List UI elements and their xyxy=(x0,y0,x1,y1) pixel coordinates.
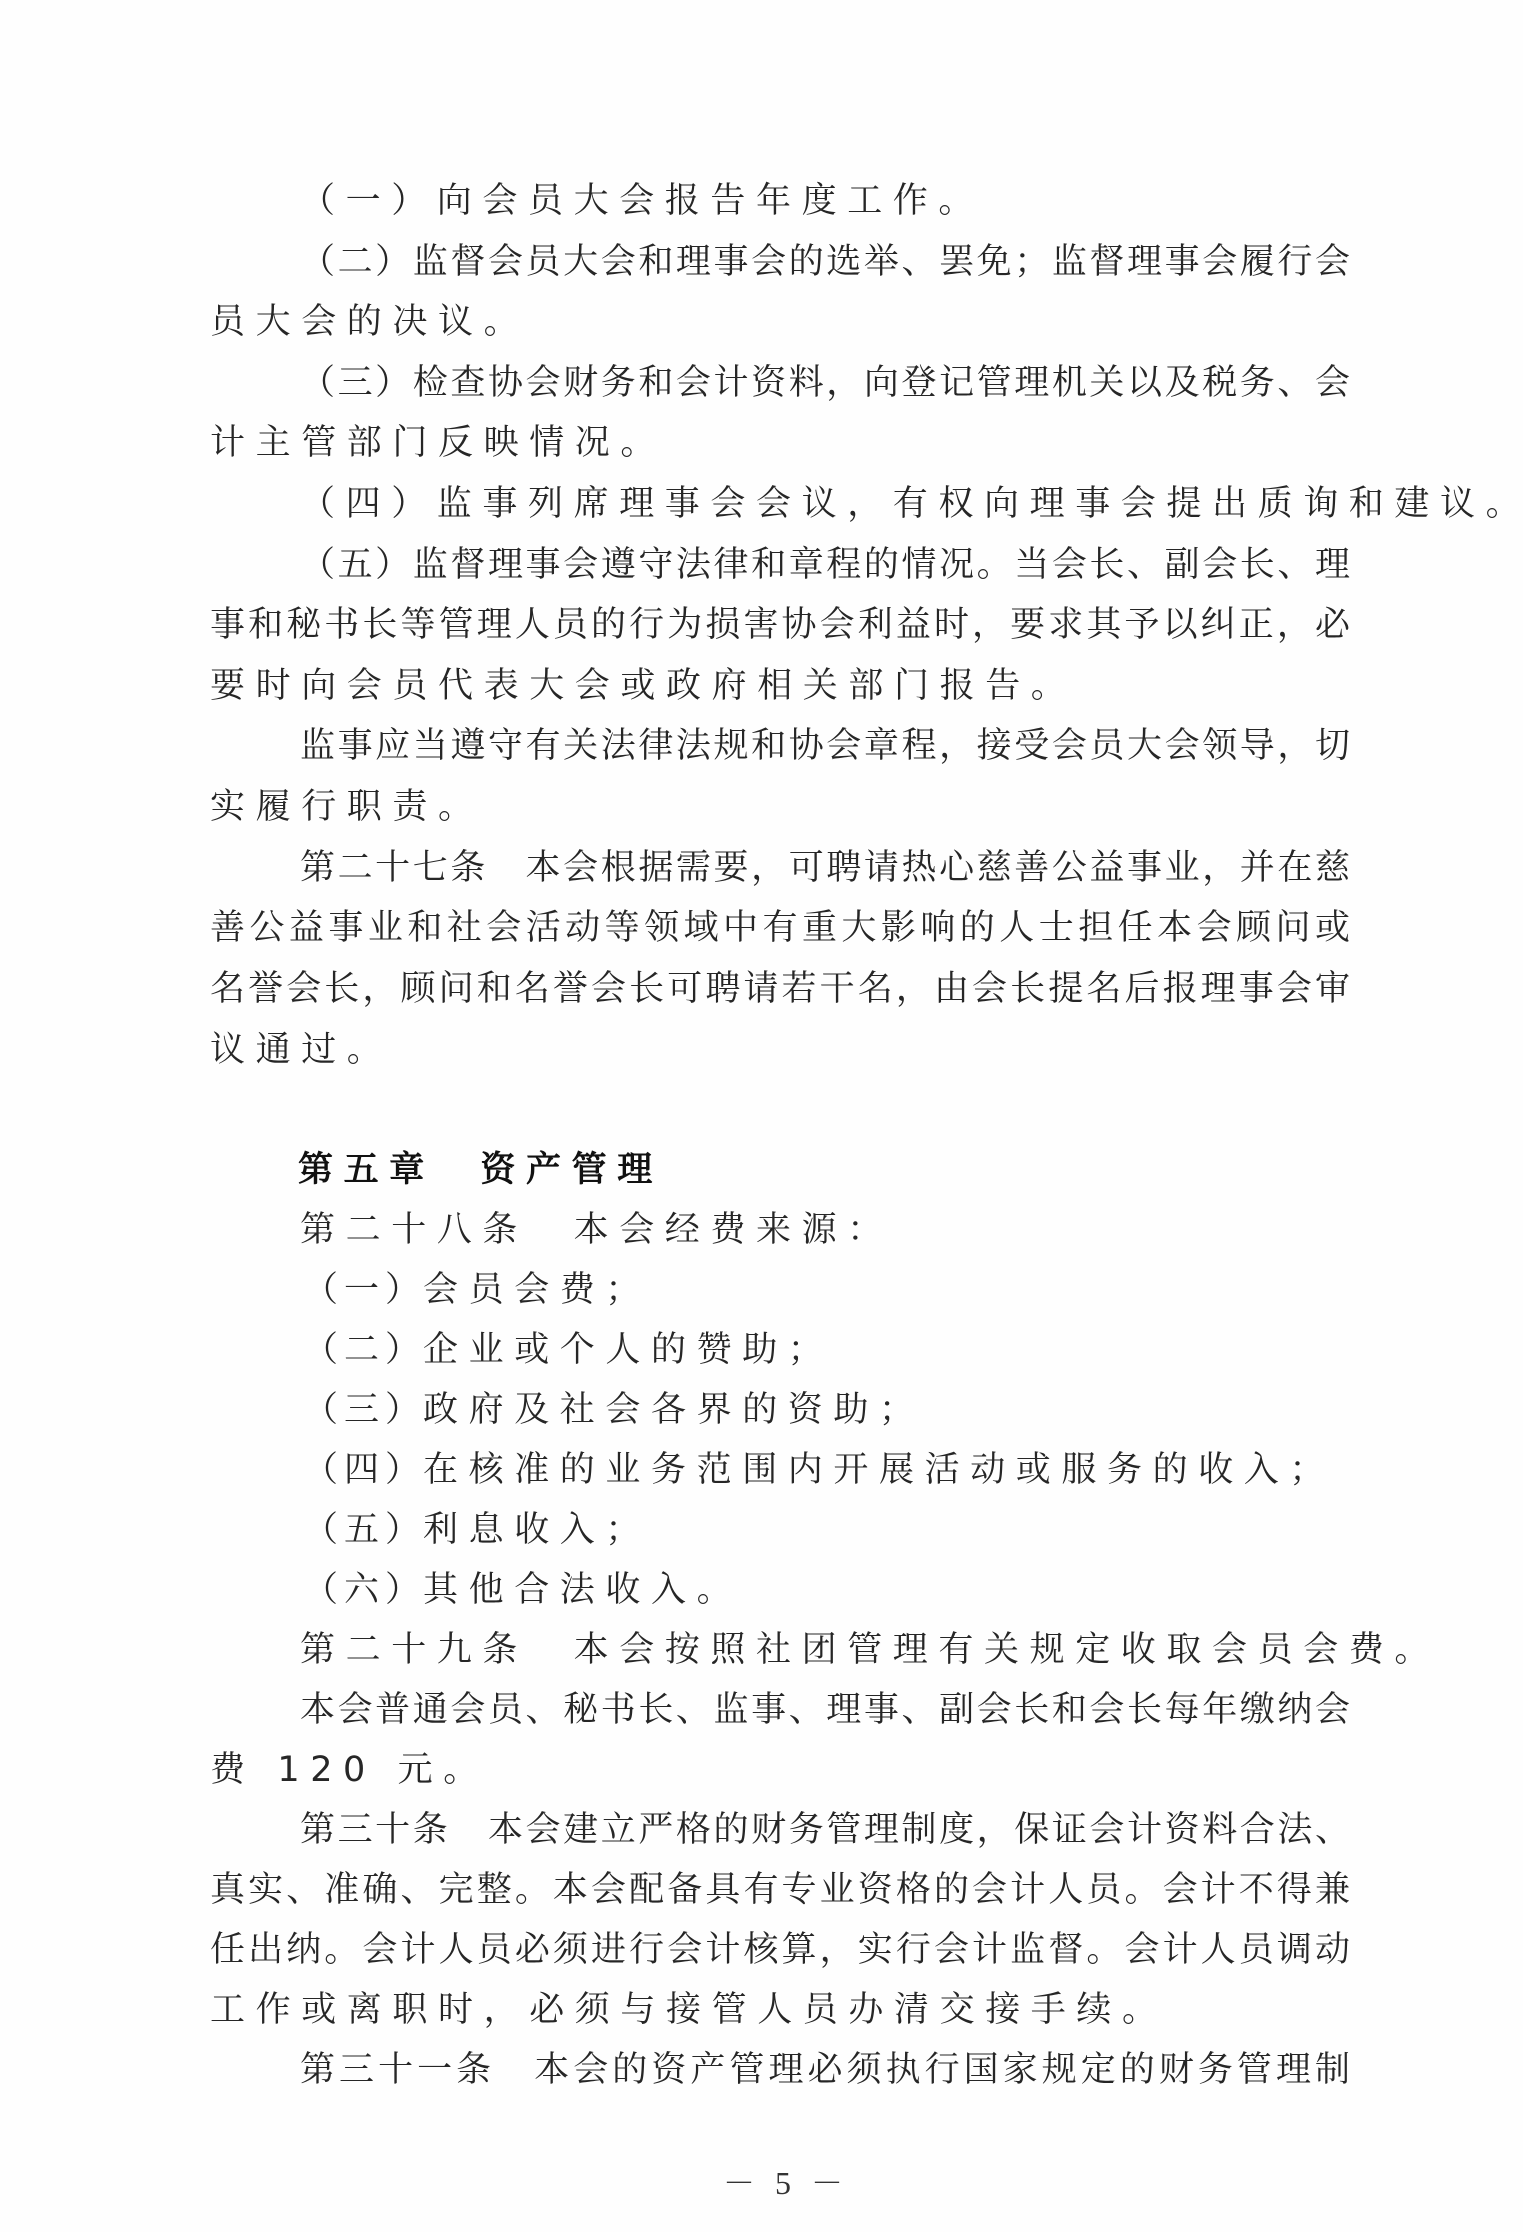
supervisor-paragraph-line-2: 实履行职责。 xyxy=(210,785,484,829)
item-label: （四） xyxy=(303,1448,423,1492)
item-text: 利息收入； xyxy=(423,1510,651,1550)
funding-source-item: （二）企业或个人的赞助； xyxy=(303,1328,833,1372)
article-30-line-3: 任出纳。会计人员必须进行会计核算，实行会计监督。会计人员调动 xyxy=(210,1928,1350,1972)
funding-source-item: （五）利息收入； xyxy=(303,1508,651,1552)
article-31-line-1: 第三十一条 本会的资产管理必须执行国家规定的财务管理制 xyxy=(300,2048,1350,2092)
item-text: 在核准的业务范围内开展活动或服务的收入； xyxy=(423,1450,1335,1490)
supervisor-paragraph-line-1: 监事应当遵守有关法律法规和协会章程，接受会员大会领导，切 xyxy=(300,724,1350,768)
item-label: （六） xyxy=(303,1568,423,1612)
article-27-line-2: 善公益事业和社会活动等领域中有重大影响的人士担任本会顾问或 xyxy=(210,906,1350,950)
item-label: （二） xyxy=(303,1328,423,1372)
article-29-line: 第二十九条 本会按照社团管理有关规定收取会员会费。 xyxy=(300,1628,1440,1672)
article-27-line-3: 名誉会长，顾问和名誉会长可聘请若干名，由会长提名后报理事会审 xyxy=(210,967,1350,1011)
item-text: 其他合法收入。 xyxy=(423,1570,742,1610)
article-30-line-1: 第三十条 本会建立严格的财务管理制度，保证会计资料合法、 xyxy=(300,1808,1350,1852)
duty-item-2-line-2: 员大会的决议。 xyxy=(210,300,529,344)
item-text: 会员会费； xyxy=(423,1270,651,1310)
item-text: 企业或个人的赞助； xyxy=(423,1330,833,1370)
funding-source-item: （四）在核准的业务范围内开展活动或服务的收入； xyxy=(303,1448,1335,1492)
article-27-line-1: 第二十七条 本会根据需要，可聘请热心慈善公益事业，并在慈 xyxy=(300,846,1350,890)
duty-item-2-line-1: （二）监督会员大会和理事会的选举、罢免；监督理事会履行会 xyxy=(300,240,1350,284)
chapter-heading: 第五章 资产管理 xyxy=(298,1148,663,1192)
duty-item-4: （四）监事列席理事会会议，有权向理事会提出质询和建议。 xyxy=(300,482,1523,526)
duty-item-5-line-3: 要时向会员代表大会或政府相关部门报告。 xyxy=(210,664,1076,708)
membership-fee-line-2: 费 120 元。 xyxy=(210,1748,489,1792)
item-label: （三） xyxy=(303,1388,423,1432)
duty-item-1: （一）向会员大会报告年度工作。 xyxy=(300,179,984,223)
article-27-line-4: 议通过。 xyxy=(210,1028,392,1072)
item-text: 政府及社会各界的资助； xyxy=(423,1390,925,1430)
funding-source-item: （一）会员会费； xyxy=(303,1268,651,1312)
duty-item-3-line-1: （三）检查协会财务和会计资料，向登记管理机关以及税务、会 xyxy=(300,361,1350,405)
duty-item-5-line-2: 事和秘书长等管理人员的行为损害协会利益时，要求其予以纠正，必 xyxy=(210,603,1350,647)
funding-source-item: （六）其他合法收入。 xyxy=(303,1568,742,1612)
article-28-intro: 第二十八条 本会经费来源： xyxy=(300,1208,893,1252)
article-30-line-4: 工作或离职时，必须与接管人员办清交接手续。 xyxy=(210,1988,1168,2032)
duty-item-3-line-2: 计主管部门反映情况。 xyxy=(210,421,666,465)
item-label: （五） xyxy=(303,1508,423,1552)
article-30-line-2: 真实、准确、完整。本会配备具有专业资格的会计人员。会计不得兼 xyxy=(210,1868,1350,1912)
item-label: （一） xyxy=(303,1268,423,1312)
document-page: （一）向会员大会报告年度工作。 （二）监督会员大会和理事会的选举、罢免；监督理事… xyxy=(0,0,1523,2232)
funding-source-item: （三）政府及社会各界的资助； xyxy=(303,1388,925,1432)
duty-item-5-line-1: （五）监督理事会遵守法律和章程的情况。当会长、副会长、理 xyxy=(300,543,1350,587)
membership-fee-line-1: 本会普通会员、秘书长、监事、理事、副会长和会长每年缴纳会 xyxy=(300,1688,1350,1732)
page-number: － 5 － xyxy=(700,2158,872,2204)
